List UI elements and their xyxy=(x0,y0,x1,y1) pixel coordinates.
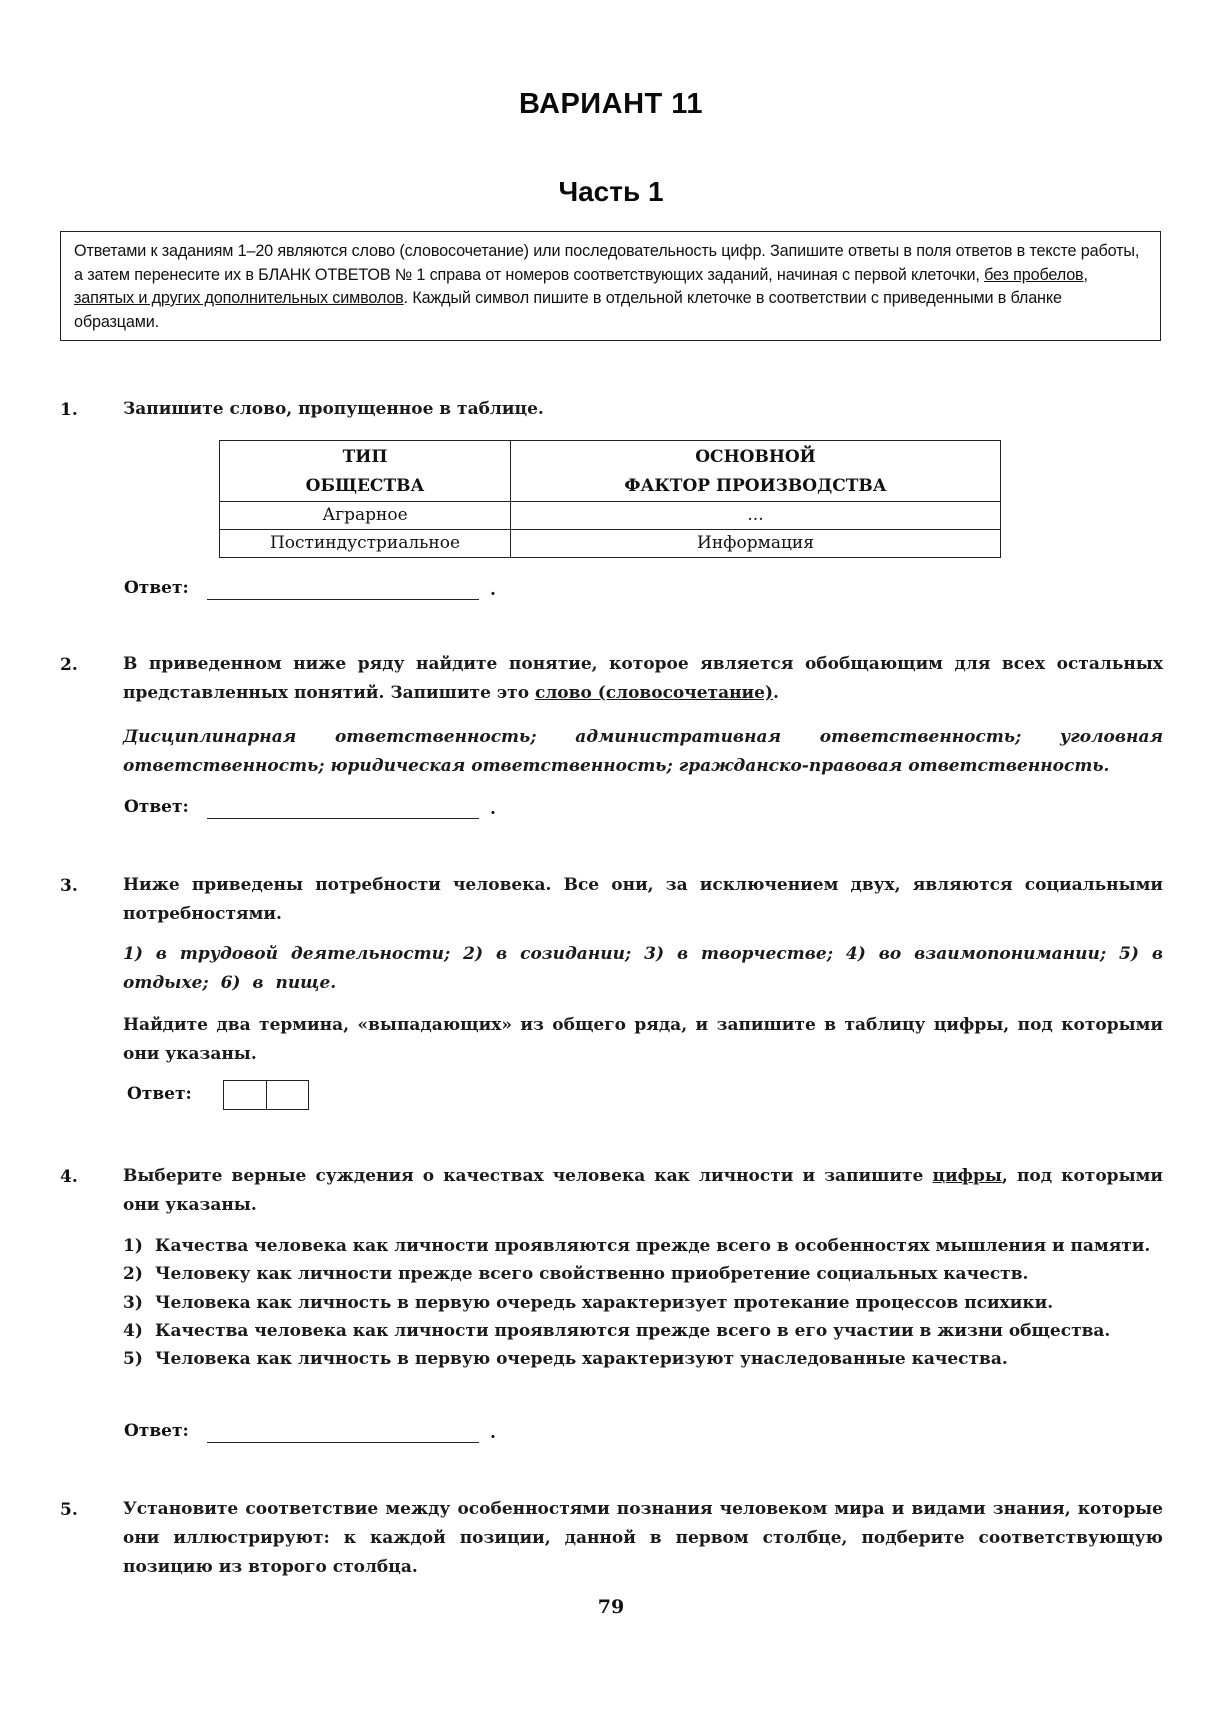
answer-label: Ответ: xyxy=(127,1084,192,1104)
question-2-text: В приведенном ниже ряду найдите понятие,… xyxy=(123,650,1163,708)
question-2-number: 2. xyxy=(60,655,78,675)
header-line: ТИП xyxy=(224,443,506,472)
item-number: 2) xyxy=(123,1260,155,1288)
table-header-cell: ТИП ОБЩЕСТВА xyxy=(220,441,511,502)
question-3-task: Найдите два термина, «выпадающих» из общ… xyxy=(123,1011,1163,1069)
table-cell-missing: ... xyxy=(511,502,1001,530)
question-5-number: 5. xyxy=(60,1500,78,1520)
question-4-number: 4. xyxy=(60,1167,78,1187)
question-1-text: Запишите слово, пропущенное в таблице. xyxy=(123,395,1163,424)
list-item: 3)Человека как личность в первую очередь… xyxy=(123,1289,1163,1317)
answer-dot: . xyxy=(490,799,496,819)
list-item: 2)Человеку как личности прежде всего сво… xyxy=(123,1260,1163,1288)
header-line: ОСНОВНОЙ xyxy=(515,443,996,472)
page-number: 79 xyxy=(0,1596,1222,1618)
answer-label: Ответ: xyxy=(124,1421,189,1441)
item-number: 4) xyxy=(123,1317,155,1345)
list-item: 5)Человека как личность в первую очередь… xyxy=(123,1345,1163,1373)
question-4-underlined: цифры xyxy=(932,1166,1001,1186)
table-cell: Информация xyxy=(511,530,1001,558)
question-2-terms: Дисциплинарная ответственность; админист… xyxy=(123,723,1163,781)
answer-box[interactable] xyxy=(267,1081,309,1109)
question-3-number: 3. xyxy=(60,876,78,896)
table-row: Аграрное ... xyxy=(220,502,1001,530)
question-3-text: Ниже приведены потребности человека. Все… xyxy=(123,871,1163,929)
list-item: 1)Качества человека как личности проявля… xyxy=(123,1232,1163,1260)
header-line: ОБЩЕСТВА xyxy=(224,472,506,501)
instructions-text: Ответами к заданиям 1–20 являются слово … xyxy=(74,242,1139,284)
question-4-text-main: Выберите верные суждения о качествах чел… xyxy=(123,1166,932,1186)
answer-dot: . xyxy=(490,1423,496,1443)
item-number: 1) xyxy=(123,1232,155,1260)
table-cell: Аграрное xyxy=(220,502,511,530)
table-cell: Постиндустриальное xyxy=(220,530,511,558)
instructions-box: Ответами к заданиям 1–20 являются слово … xyxy=(60,231,1161,341)
question-1-number: 1. xyxy=(60,400,78,420)
item-text: Качества человека как личности проявляют… xyxy=(155,1232,1163,1260)
answer-field-q4[interactable] xyxy=(207,1425,479,1443)
item-text: Человеку как личности прежде всего свойс… xyxy=(155,1260,1163,1288)
answer-label: Ответ: xyxy=(124,797,189,817)
variant-title: ВАРИАНТ 11 xyxy=(0,88,1222,121)
item-text: Человека как личность в первую очередь х… xyxy=(155,1345,1163,1373)
part-title: Часть 1 xyxy=(0,176,1222,208)
table-header-cell: ОСНОВНОЙ ФАКТОР ПРОИЗВОДСТВА xyxy=(511,441,1001,502)
answer-dot: . xyxy=(490,580,496,600)
question-4-text: Выберите верные суждения о качествах чел… xyxy=(123,1162,1163,1220)
table-header-row: ТИП ОБЩЕСТВА ОСНОВНОЙ ФАКТОР ПРОИЗВОДСТВ… xyxy=(220,441,1001,502)
answer-field-q1[interactable] xyxy=(207,582,479,600)
item-number: 5) xyxy=(123,1345,155,1373)
answer-field-q2[interactable] xyxy=(207,801,479,819)
question-3-options: 1) в трудовой деятельности; 2) в созидан… xyxy=(123,940,1163,998)
answer-box[interactable] xyxy=(224,1081,267,1109)
answer-boxes-q3 xyxy=(223,1080,309,1110)
question-1-table: ТИП ОБЩЕСТВА ОСНОВНОЙ ФАКТОР ПРОИЗВОДСТВ… xyxy=(219,440,1001,558)
table-row: Постиндустриальное Информация xyxy=(220,530,1001,558)
question-4-statements: 1)Качества человека как личности проявля… xyxy=(123,1232,1163,1373)
question-5-text: Установите соответствие между особенност… xyxy=(123,1495,1163,1582)
item-number: 3) xyxy=(123,1289,155,1317)
question-2-underlined: слово (словосочетание) xyxy=(535,683,773,703)
question-2-text-end: . xyxy=(773,683,779,703)
header-line: ФАКТОР ПРОИЗВОДСТВА xyxy=(515,472,996,501)
item-text: Качества человека как личности проявляют… xyxy=(155,1317,1163,1345)
list-item: 4)Качества человека как личности проявля… xyxy=(123,1317,1163,1345)
answer-label: Ответ: xyxy=(124,578,189,598)
item-text: Человека как личность в первую очередь х… xyxy=(155,1289,1163,1317)
